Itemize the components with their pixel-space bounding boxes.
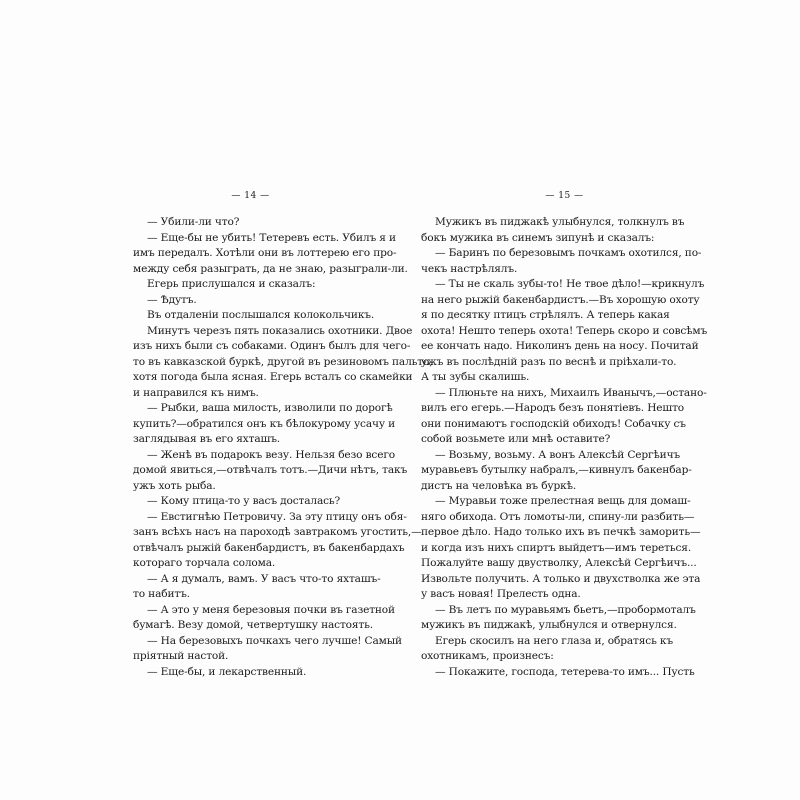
text-line: между себя разыграть, да не знаю, разыгр… <box>133 262 376 278</box>
text-line: дистъ на человѣка въ буркѣ. <box>421 479 668 495</box>
text-line: домой явиться,—отвѣчалъ тотъ.—Дичи нѣтъ,… <box>133 463 376 479</box>
text-line: я по десятку птицъ стрѣлялъ. А теперь ка… <box>421 308 668 324</box>
text-line: — Женѣ въ подарокъ везу. Нельзя безо все… <box>133 448 376 464</box>
text-line: — Кому птица-то у васъ досталась? <box>133 494 376 510</box>
text-line: то набитъ. <box>133 587 376 603</box>
text-line: — На березовыхъ почкахъ чего лучше! Самы… <box>133 634 376 650</box>
text-line: то въ кавказской буркѣ, другой въ резино… <box>133 355 376 371</box>
text-line: ужъ въ послѣдній разъ по веснѣ и пріѣхал… <box>421 355 668 371</box>
text-line: котораго торчала солома. <box>133 556 376 572</box>
text-line: — А это у меня березовыя почки въ газетн… <box>133 603 376 619</box>
text-line: купить?—обратился онъ къ бѣлокурому усач… <box>133 417 376 433</box>
text-line: собой возьмете или мнѣ оставите? <box>421 432 668 448</box>
text-line: первое дѣло. Надо только ихъ въ печкѣ за… <box>421 525 668 541</box>
page-number: — 14 — <box>133 190 376 202</box>
text-line: и направился къ нимъ. <box>133 386 376 402</box>
text-line: — Еще-бы не убить! Тетеревъ есть. Убилъ … <box>133 231 376 247</box>
text-line: хотя погода была ясная. Егерь всталъ со … <box>133 370 376 386</box>
text-line: отвѣчалъ рыжій бакенбардистъ, въ бакенба… <box>133 541 376 557</box>
text-line: — Ты не скаль зубы-то! Не твое дѣло!—кри… <box>421 277 668 293</box>
text-line: — Евстигнѣю Петровичу. За эту птицу онъ … <box>133 510 376 526</box>
text-line: и когда изъ нихъ спиртъ выйдетъ—имъ тере… <box>421 541 668 557</box>
text-line: чекъ настрѣлялъ. <box>421 262 668 278</box>
text-line: занъ всѣхъ насъ на пароходѣ завтракомъ у… <box>133 525 376 541</box>
text-line: — Еще-бы, и лекарственный. <box>133 665 376 681</box>
text-line: — Муравьи тоже прелестная вещь для домаш… <box>421 494 668 510</box>
page-number: — 15 — <box>421 190 668 202</box>
text-line: у васъ новая! Прелесть одна. <box>421 587 668 603</box>
text-line: изъ нихъ были съ собаками. Одинъ былъ дл… <box>133 339 376 355</box>
text-line: Егерь скосилъ на него глаза и, обратясь … <box>421 634 668 650</box>
text-line: Минутъ черезъ пять показались охотники. … <box>133 324 376 340</box>
text-line: — Возьму, возьму. А вонъ Алексѣй Сергѣич… <box>421 448 668 464</box>
text-line: — Въ летъ по муравьямъ бьетъ,—пробормота… <box>421 603 668 619</box>
text-line: — Ѣдутъ. <box>133 293 376 309</box>
text-line: ее кончать надо. Николинъ день на носу. … <box>421 339 668 355</box>
text-line: Извольте получить. А только и двухстволк… <box>421 572 668 588</box>
text-line: на него рыжій бакенбардистъ.—Въ хорошую … <box>421 293 668 309</box>
text-line: няго обихода. Отъ ломоты-ли, спину-ли ра… <box>421 510 668 526</box>
page-body: Мужикъ въ пиджакѣ улыбнулся, толкнулъ въ… <box>421 215 668 680</box>
text-line: мужикъ въ пиджакѣ, улыбнулся и отвернулс… <box>421 618 668 634</box>
text-line: заглядывая въ его яхташъ. <box>133 432 376 448</box>
text-line: — Покажите, господа, тетерева-то имъ... … <box>421 665 668 681</box>
text-line: охотникамъ, произнесъ: <box>421 649 668 665</box>
text-line: — Рыбки, ваша милость, изволили по дорог… <box>133 401 376 417</box>
text-line: Мужикъ въ пиджакѣ улыбнулся, толкнулъ въ <box>421 215 668 231</box>
text-line: вилъ его егерь.—Народъ безъ понятіевъ. Н… <box>421 401 668 417</box>
text-line: бумагѣ. Везу домой, четвертушку настоять… <box>133 618 376 634</box>
left-page: — 14 — — Убили-ли что?— Еще-бы не убить!… <box>133 190 376 680</box>
text-line: А ты зубы скалишь. <box>421 370 668 386</box>
text-line: бокъ мужика въ синемъ зипунѣ и сказалъ: <box>421 231 668 247</box>
text-line: Егерь прислушался и сказалъ: <box>133 277 376 293</box>
text-line: имъ передалъ. Хотѣли они въ лоттерею его… <box>133 246 376 262</box>
text-line: муравьевъ бутылку набралъ,—кивнулъ бакен… <box>421 463 668 479</box>
text-line: Пожалуйте вашу двустволку, Алексѣй Сергѣ… <box>421 556 668 572</box>
text-line: — Баринъ по березовымъ почкамъ охотился,… <box>421 246 668 262</box>
text-line: — Убили-ли что? <box>133 215 376 231</box>
text-line: Въ отдаленіи послышался колокольчикъ. <box>133 308 376 324</box>
page-body: — Убили-ли что?— Еще-бы не убить! Тетере… <box>133 215 376 680</box>
text-line: они понимаютъ господскій обиходъ! Собачк… <box>421 417 668 433</box>
right-page: — 15 — Мужикъ въ пиджакѣ улыбнулся, толк… <box>421 190 668 680</box>
text-line: охота! Нешто теперь охота! Теперь скоро … <box>421 324 668 340</box>
text-line: — Плюньте на нихъ, Михаилъ Иванычъ,—оста… <box>421 386 668 402</box>
text-line: ужъ хоть рыба. <box>133 479 376 495</box>
text-line: — А я думалъ, вамъ. У васъ что-то яхташъ… <box>133 572 376 588</box>
text-line: пріятный настой. <box>133 649 376 665</box>
